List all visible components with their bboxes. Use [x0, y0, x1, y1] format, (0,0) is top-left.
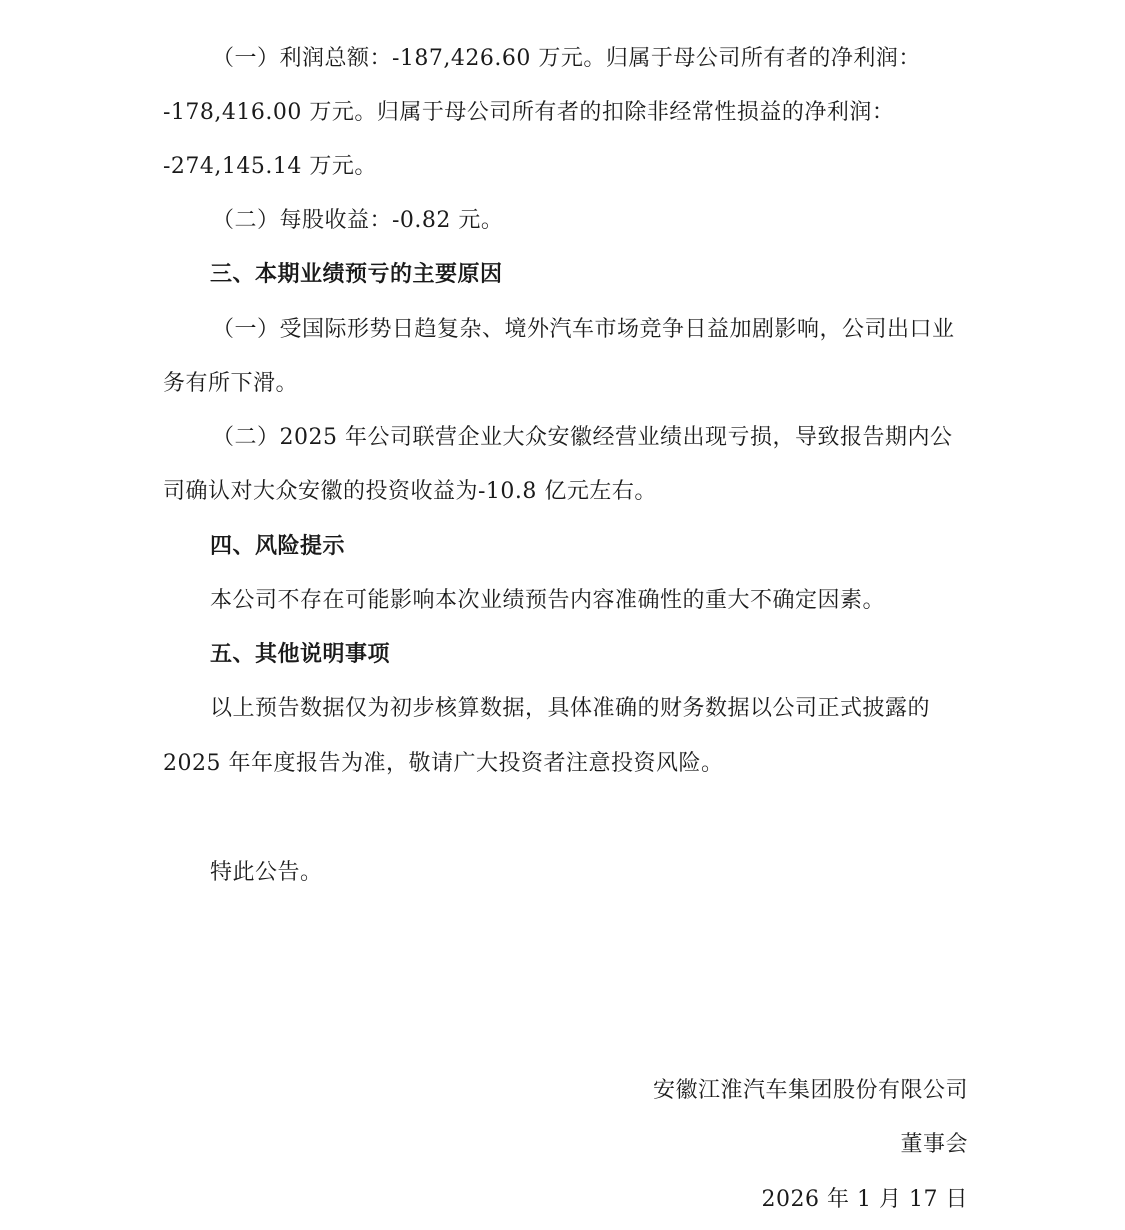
section4-heading: 四、风险提示	[210, 532, 345, 562]
reason1-line-1: （一）受国际形势日趋复杂、境外汽车市场竞争日益加剧影响，公司出口业	[212, 315, 955, 345]
profit-total-line-3: -274,145.14 万元。	[163, 152, 377, 182]
other-notes-line-1: 以上预告数据仅为初步核算数据，具体准确的财务数据以公司正式披露的	[210, 694, 930, 724]
profit-total-line-2: -178,416.00 万元。归属于母公司所有者的扣除非经常性损益的净利润：	[163, 98, 894, 128]
signature-company: 安徽江淮汽车集团股份有限公司	[653, 1076, 968, 1106]
reason2-line-2: 司确认对大众安徽的投资收益为-10.8 亿元左右。	[163, 477, 657, 507]
profit-total-line-1: （一）利润总额：-187,426.60 万元。归属于母公司所有者的净利润：	[212, 44, 921, 74]
reason1-line-2: 务有所下滑。	[163, 369, 298, 399]
risk-statement: 本公司不存在可能影响本次业绩预告内容准确性的重大不确定因素。	[210, 586, 885, 616]
other-notes-line-2: 2025 年年度报告为准，敬请广大投资者注意投资风险。	[163, 749, 723, 779]
section3-heading: 三、本期业绩预亏的主要原因	[210, 260, 503, 290]
eps-line: （二）每股收益：-0.82 元。	[212, 206, 503, 236]
signature-board: 董事会	[900, 1130, 968, 1160]
signature-date: 2026 年 1 月 17 日	[762, 1185, 968, 1215]
section5-heading: 五、其他说明事项	[210, 640, 390, 670]
reason2-line-1: （二）2025 年公司联营企业大众安徽经营业绩出现亏损，导致报告期内公	[212, 423, 952, 453]
closing-statement: 特此公告。	[210, 858, 323, 888]
